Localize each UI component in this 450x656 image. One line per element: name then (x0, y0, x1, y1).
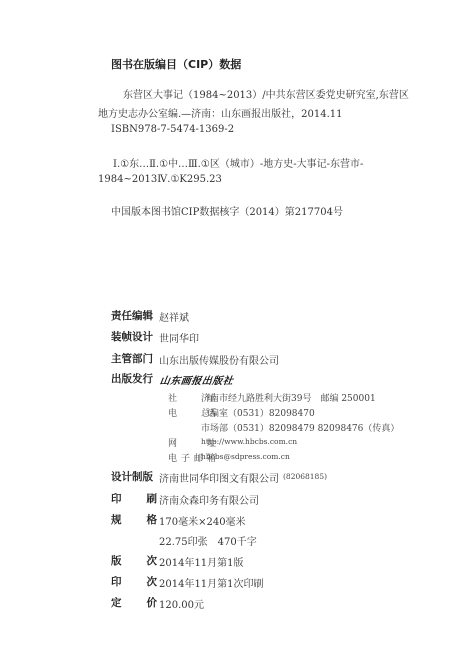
phone-editorial-value: 总编室（0531）82098470 (201, 406, 315, 419)
address-value: 济南市经九路胜利大街39号 邮编 250001 (201, 391, 376, 404)
isbn: ISBN978-7-5474-1369-2 (111, 124, 234, 135)
publisher-logo: 山东画报出版社 (159, 372, 235, 387)
phone-market-value: 市场部（0531）82098479 82098476（传真） (201, 421, 399, 434)
edition-value: 2014年11月第1版 (159, 554, 244, 569)
price-value: 120.00元 (159, 596, 204, 611)
cip-data-number: 中国版本图书馆CIP数据核字（2014）第217704号 (111, 203, 343, 218)
binding-design-label: 装帧设计 (111, 329, 153, 344)
design-plate-value: 济南世同华印图文有限公司 (159, 470, 279, 485)
cip-entry-line1: 东营区大事记（1984~2013）/中共东营区委党史研究室,东营区 (123, 86, 409, 101)
editor-label: 责任编辑 (111, 308, 153, 323)
spec-value: 170毫米×240毫米 (159, 513, 246, 528)
website-value[interactable]: http://www.hbcbs.com.cn (201, 437, 297, 446)
spec-label: 规 格 (111, 512, 157, 527)
printing-label: 印 刷 (111, 491, 157, 506)
cip-classification-line1: Ⅰ.①东…Ⅱ.①中…Ⅲ.①区（城市）-地方史-大事记-东营市- (113, 155, 363, 170)
editor-value: 赵祥斌 (159, 309, 189, 324)
design-plate-label: 设计制版 (111, 469, 153, 484)
edition-label: 版 次 (111, 553, 157, 568)
email-value[interactable]: hbcbs@sdpress.com.cn (201, 452, 290, 461)
supervisor-label: 主管部门 (111, 351, 153, 366)
publisher-label: 出版发行 (111, 371, 153, 386)
supervisor-value: 山东出版传媒股份有限公司 (159, 352, 279, 367)
cip-classification-line2: 1984~2013Ⅳ.①K295.23 (98, 174, 222, 185)
cip-title: 图书在版编目（CIP）数据 (111, 56, 241, 72)
binding-design-value: 世同华印 (159, 330, 199, 345)
printing-value: 济南众森印务有限公司 (159, 492, 259, 507)
impression-value: 2014年11月第1次印刷 (159, 575, 264, 590)
impression-label: 印 次 (111, 574, 157, 589)
cip-entry-line2: 地方史志办公室编.—济南：山东画报出版社，2014.11 (98, 105, 343, 120)
price-label: 定 价 (111, 595, 157, 610)
design-plate-phone: (82068185) (283, 472, 327, 481)
spec-value-sheets: 22.75印张 470千字 (159, 533, 257, 548)
